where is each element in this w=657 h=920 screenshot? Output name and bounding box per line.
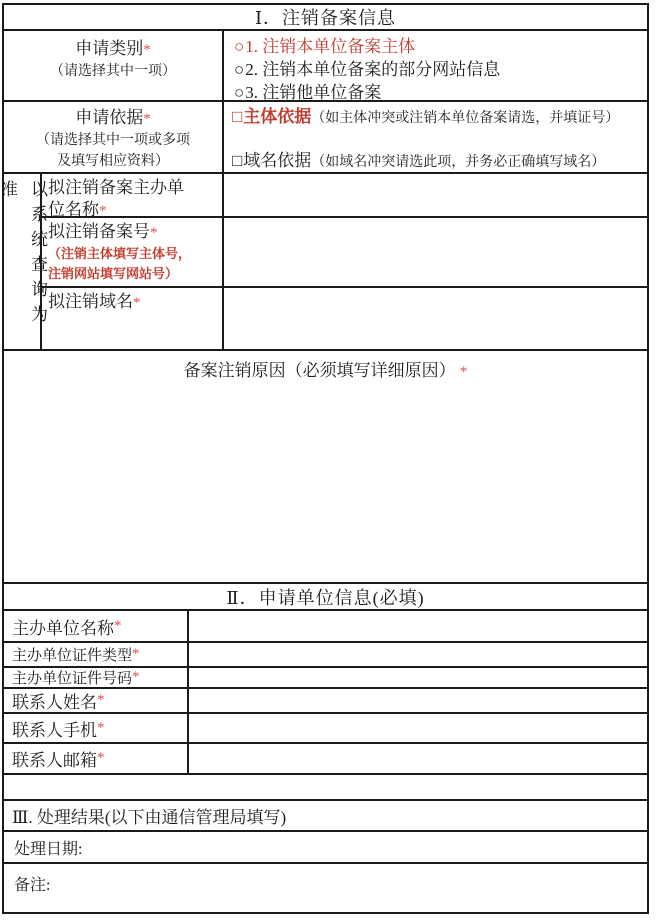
- section2-header: Ⅱ．申请单位信息(必填): [4, 584, 647, 611]
- required-asterisk: *: [114, 618, 122, 635]
- organizer-name-label: 主办单位名称*: [4, 611, 189, 641]
- required-asterisk: *: [132, 646, 140, 663]
- checkbox-option-subject-basis[interactable]: □主体依据（如主体冲突或注销本单位备案请选，并填证号）: [232, 107, 647, 129]
- apply-category-hint: （请选择其中一项）: [50, 61, 176, 82]
- cancel-domain-label-cell: 拟注销域名*: [42, 288, 224, 349]
- section3-title: Ⅲ. 处理结果(以下由通信管理局填写): [12, 803, 286, 828]
- cancel-unit-name-value-cell[interactable]: [224, 174, 647, 216]
- radio-option-cancel-own-subject[interactable]: ○1. 注销本单位备案主体: [234, 35, 647, 58]
- radio-option-label: 3. 注销他单位备案: [245, 83, 381, 102]
- section3-header: Ⅲ. 处理结果(以下由通信管理局填写): [4, 801, 647, 832]
- section1-title: Ⅰ．注销备案信息: [255, 4, 396, 30]
- contact-name-value-cell[interactable]: [189, 689, 647, 712]
- cancel-domain-label: 拟注销域名*: [48, 292, 141, 311]
- radio-icon: ○: [234, 37, 244, 56]
- cancel-unit-name-label-cell: 拟注销备案主办单位名称*: [42, 174, 224, 216]
- required-asterisk: *: [97, 692, 105, 709]
- apply-basis-hint-line2: 及填写相应资料）: [57, 151, 169, 172]
- section2-title: Ⅱ．申请单位信息(必填): [226, 584, 424, 610]
- apply-basis-hint-line1: （请选择其中一项或多项: [36, 130, 190, 151]
- organizer-name-row: 主办单位名称*: [4, 611, 647, 643]
- radio-icon: ○: [234, 60, 244, 79]
- contact-email-row: 联系人邮箱*: [4, 744, 647, 775]
- apply-category-label-cell: 申请类别* （请选择其中一项）: [4, 31, 224, 100]
- checkbox-option-label: 域名依据: [243, 151, 311, 170]
- organizer-cert-type-label: 主办单位证件类型*: [4, 643, 189, 666]
- organizer-cert-number-label: 主办单位证件号码*: [4, 668, 189, 687]
- required-asterisk: *: [460, 364, 468, 380]
- organizer-cert-type-value-cell[interactable]: [189, 643, 647, 666]
- required-asterisk: *: [150, 225, 158, 241]
- required-asterisk: *: [143, 111, 151, 127]
- cancellation-reason-area[interactable]: 备案注销原因（必须填写详细原因） *: [4, 351, 647, 584]
- radio-option-cancel-other-unit[interactable]: ○3. 注销他单位备案: [234, 81, 647, 104]
- cancel-unit-name-row: 拟注销备案主办单位名称*: [42, 174, 647, 218]
- cancel-filing-number-value-cell[interactable]: [224, 218, 647, 286]
- required-asterisk: *: [97, 720, 105, 737]
- checkbox-icon: □: [232, 107, 242, 126]
- radio-option-cancel-own-websites[interactable]: ○2. 注销本单位备案的部分网站信息: [234, 58, 647, 81]
- required-asterisk: *: [133, 295, 141, 311]
- system-query-block: 以系统查询为准 拟注销备案主办单位名称* 拟注销备案号* （注销主体填写主体号，…: [4, 174, 647, 351]
- apply-basis-row: 申请依据* （请选择其中一项或多项 及填写相应资料） □主体依据（如主体冲突或注…: [4, 102, 647, 174]
- filing-number-note-line1: （注销主体填写主体号，: [48, 244, 222, 264]
- organizer-cert-number-value-cell[interactable]: [189, 668, 647, 687]
- radio-option-label: 1. 注销本单位备案主体: [245, 37, 415, 56]
- radio-option-label: 2. 注销本单位备案的部分网站信息: [245, 60, 500, 79]
- cancel-unit-name-label: 拟注销备案主办单位名称*: [48, 177, 200, 222]
- contact-name-row: 联系人姓名*: [4, 689, 647, 714]
- remarks-row[interactable]: 备注:: [4, 864, 647, 912]
- checkbox-option-desc: （如域名冲突请选此项，并务必正确填写域名）: [311, 155, 605, 170]
- organizer-cert-number-row: 主办单位证件号码*: [4, 668, 647, 689]
- processing-date-row[interactable]: 处理日期:: [4, 832, 647, 864]
- required-asterisk: *: [97, 750, 105, 767]
- contact-mobile-value-cell[interactable]: [189, 714, 647, 742]
- spacer-row: [4, 775, 647, 801]
- checkbox-option-domain-basis[interactable]: □域名依据（如域名冲突请选此项，并务必正确填写域名）: [232, 151, 647, 173]
- organizer-name-value-cell[interactable]: [189, 611, 647, 641]
- form-page: Ⅰ．注销备案信息 申请类别* （请选择其中一项） ○1. 注销本单位备案主体 ○…: [0, 0, 657, 920]
- contact-email-value-cell[interactable]: [189, 744, 647, 773]
- processing-date-label: 处理日期:: [14, 836, 82, 859]
- required-asterisk: *: [143, 42, 151, 58]
- apply-category-label: 申请类别*: [75, 38, 151, 61]
- cancel-domain-row: 拟注销域名*: [42, 288, 647, 349]
- contact-mobile-row: 联系人手机*: [4, 714, 647, 744]
- contact-email-label: 联系人邮箱*: [4, 744, 189, 773]
- apply-basis-label-cell: 申请依据* （请选择其中一项或多项 及填写相应资料）: [4, 102, 224, 172]
- apply-category-row: 申请类别* （请选择其中一项） ○1. 注销本单位备案主体 ○2. 注销本单位备…: [4, 31, 647, 102]
- radio-icon: ○: [234, 83, 244, 102]
- section1-header: Ⅰ．注销备案信息: [4, 5, 647, 31]
- checkbox-option-desc: （如主体冲突或注销本单位备案请选，并填证号）: [311, 111, 619, 126]
- cancel-filing-number-label-cell: 拟注销备案号* （注销主体填写主体号， 注销网站填写网站号）: [42, 218, 224, 286]
- checkbox-icon: □: [232, 151, 242, 170]
- filing-number-note-line2: 注销网站填写网站号）: [48, 264, 222, 284]
- cancel-domain-value-cell[interactable]: [224, 288, 647, 349]
- remarks-label: 备注:: [14, 872, 50, 912]
- required-asterisk: *: [99, 203, 107, 219]
- apply-basis-label: 申请依据*: [75, 107, 151, 130]
- apply-category-options-cell: ○1. 注销本单位备案主体 ○2. 注销本单位备案的部分网站信息 ○3. 注销他…: [224, 31, 647, 100]
- apply-basis-options-cell: □主体依据（如主体冲突或注销本单位备案请选，并填证号） □域名依据（如域名冲突请…: [224, 102, 647, 172]
- contact-mobile-label: 联系人手机*: [4, 714, 189, 742]
- organizer-cert-type-row: 主办单位证件类型*: [4, 643, 647, 668]
- checkbox-option-label: 主体依据: [243, 107, 311, 126]
- required-asterisk: *: [132, 669, 140, 686]
- cancel-filing-number-label: 拟注销备案号*: [48, 221, 222, 244]
- cancel-filing-number-row: 拟注销备案号* （注销主体填写主体号， 注销网站填写网站号）: [42, 218, 647, 288]
- cancellation-filing-form: Ⅰ．注销备案信息 申请类别* （请选择其中一项） ○1. 注销本单位备案主体 ○…: [2, 3, 649, 914]
- cancellation-reason-title: 备案注销原因（必须填写详细原因） *: [184, 351, 468, 381]
- contact-name-label: 联系人姓名*: [4, 689, 189, 712]
- system-query-vertical-note-cell: 以系统查询为准: [4, 174, 42, 349]
